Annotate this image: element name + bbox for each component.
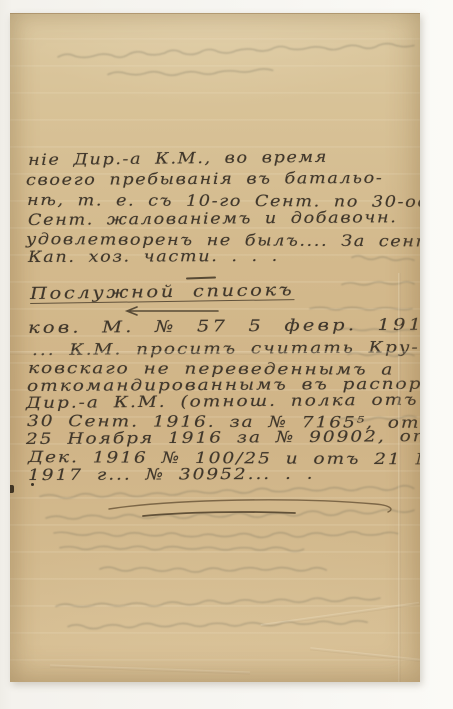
- bleedthrough-line: [54, 527, 398, 539]
- bleedthrough-line: [100, 563, 326, 575]
- bleedthrough-line: [310, 303, 412, 314]
- section-heading: Послужной списокъ: [30, 281, 295, 304]
- entry-dateline: ков. М. № 57 5 февр. 1918..: [28, 315, 420, 336]
- bleedthrough-line: [68, 617, 368, 632]
- bleedthrough-line: [108, 66, 273, 81]
- bleedthrough-line: [58, 40, 414, 64]
- handwritten-line: ніе Дир.-а К.М., во время: [28, 149, 328, 169]
- scanned-document: ніе Дир.-а К.М., во время своего пребыва…: [0, 0, 453, 709]
- handwritten-line: Кап. хоз. части. . . .: [28, 248, 279, 266]
- ink-dash: [186, 276, 216, 279]
- handwritten-line: 25 Ноября 1916 за № 90902, отъ 21-го: [26, 427, 420, 448]
- handwritten-line: ... К.М. проситъ считать Кру-: [32, 339, 420, 359]
- handwritten-line: 1917 г... № 30952... . .: [28, 466, 315, 484]
- handwritten-line: своего пребыванія въ батальо-: [26, 170, 383, 189]
- bleedthrough-line: [40, 482, 414, 503]
- handwritten-line: Сент. жалованіемъ и добавочн.: [28, 209, 398, 229]
- paper-wrinkle: [261, 602, 420, 627]
- paper-sheet: ніе Дир.-а К.М., во время своего пребыва…: [10, 13, 420, 682]
- bleedthrough-line: [56, 594, 380, 613]
- paper-wrinkle: [310, 647, 420, 661]
- handwritten-line: Дир.-а К.М. (отнош. полка отъ: [26, 392, 419, 412]
- vertical-fold-crease: [398, 273, 401, 682]
- ink-dot: [31, 483, 34, 486]
- bleedthrough-line: [46, 506, 414, 524]
- bleedthrough-line: [352, 252, 414, 265]
- bleedthrough-line: [60, 542, 304, 557]
- paper-wrinkle: [50, 665, 250, 675]
- closing-flourish: [105, 495, 405, 519]
- edge-ink-mark: [10, 485, 14, 493]
- arrow-flourish: [120, 305, 220, 317]
- bleedthrough-line: [342, 279, 414, 290]
